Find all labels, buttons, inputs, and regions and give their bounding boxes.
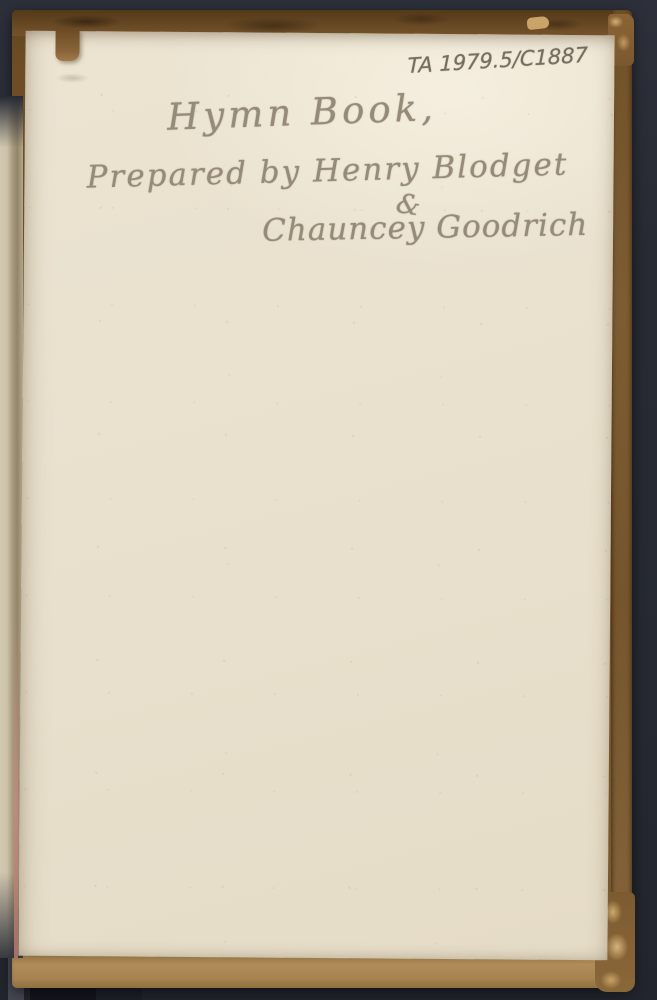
inscription-byline: Prepared by Henry Blodget xyxy=(86,147,569,196)
scanned-book-photo: TA 1979.5/C1887 Hymn Book, Prepared by H… xyxy=(0,0,657,1000)
colored-page-edge xyxy=(14,620,18,958)
pencil-smudge xyxy=(55,73,89,83)
call-number: TA 1979.5/C1887 xyxy=(408,43,588,78)
binding-right-edge xyxy=(611,10,632,988)
book-page: TA 1979.5/C1887 Hymn Book, Prepared by H… xyxy=(18,31,614,961)
inscription-title: Hymn Book, xyxy=(166,86,437,139)
torn-paper-tab xyxy=(55,29,79,61)
inscription-second-name: Chauncey Goodrich xyxy=(262,207,589,249)
